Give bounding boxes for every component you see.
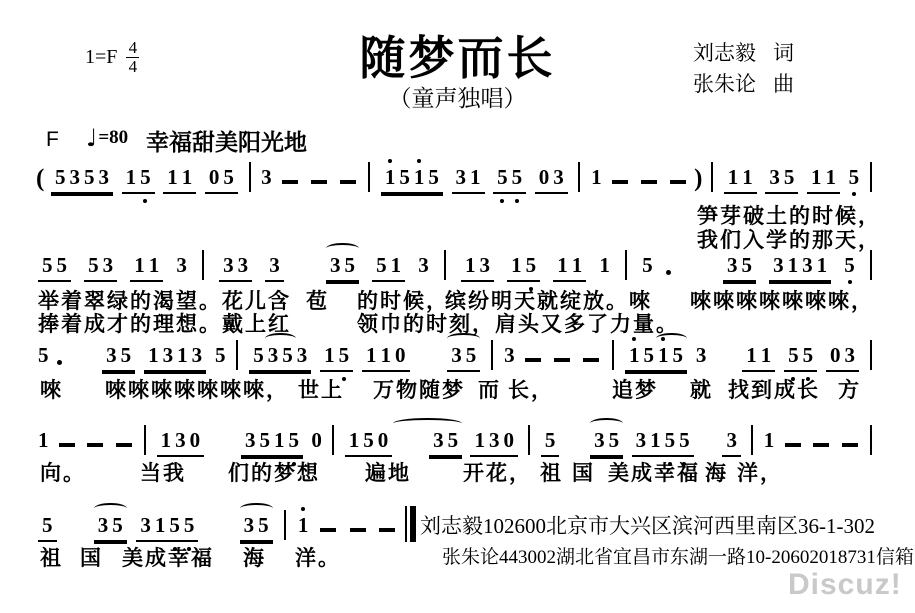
- beam-group: 3: [265, 255, 284, 282]
- jianpu-note: 3: [267, 255, 282, 276]
- note-digit: 1: [391, 253, 402, 277]
- note-digit: 1: [761, 343, 772, 367]
- final-barline-thin: [405, 506, 407, 542]
- jianpu-note: 3: [502, 345, 517, 366]
- note-digit: 1: [465, 253, 476, 277]
- lyric-segment: 祖: [40, 542, 63, 572]
- note-digit: 3: [175, 428, 186, 452]
- note-digit: 5: [57, 253, 68, 277]
- lyric-row: 捧着成才的理想。戴上红领巾的时刻，肩头又多了力量。: [0, 308, 915, 336]
- note-digit: 3: [727, 253, 738, 277]
- note-digit: 1: [148, 343, 159, 367]
- barline: [870, 425, 872, 455]
- barline: [711, 162, 713, 192]
- jianpu-note: 1: [786, 255, 801, 276]
- note-digit: 5: [428, 165, 439, 189]
- beam-group: 130: [157, 430, 205, 457]
- beam-group: 35: [240, 515, 273, 542]
- jianpu-note: 3: [138, 515, 153, 536]
- slur-arc: [240, 503, 273, 514]
- jianpu-note: 5: [221, 167, 236, 188]
- slur-arc: [393, 418, 462, 429]
- beam-group: 5353: [249, 345, 311, 372]
- jianpu-note: 3: [221, 255, 236, 276]
- note-digit: 5: [140, 165, 151, 189]
- note-digit: 3: [238, 253, 249, 277]
- barline: [144, 425, 146, 455]
- jianpu-note: 3: [174, 255, 189, 276]
- lyric-segment: 当我: [140, 457, 186, 487]
- jianpu-note: 5: [607, 430, 622, 451]
- beam-group: 35: [447, 345, 480, 372]
- beam-group: 3515: [241, 430, 303, 457]
- score-line-3: 5351313553531511035315153115503唻唻唻唻唻唻唻唻，…: [36, 336, 876, 372]
- note-digit: 3: [163, 343, 174, 367]
- composer-name: 张朱论: [693, 72, 756, 96]
- jianpu-note: 3: [842, 345, 857, 366]
- note-digit: 3: [261, 165, 272, 189]
- beam-group: 1515: [625, 345, 687, 372]
- note-digit: 3: [98, 165, 109, 189]
- note-digit: 1: [742, 165, 753, 189]
- jianpu-note: 3: [259, 167, 274, 188]
- note-digit: 1: [167, 165, 178, 189]
- note-digit: 5: [784, 165, 795, 189]
- note-digit: 5: [545, 428, 556, 452]
- note-digit: 3: [696, 343, 707, 367]
- phrase-paren: ): [694, 166, 702, 191]
- sheet-music-page: 1=F 4 4 随梦而长 （童声独唱） 刘志毅词 张朱论曲 F ♩ =80 幸福…: [0, 0, 915, 613]
- jianpu-note: 5: [86, 255, 101, 276]
- beam-group: 03: [826, 345, 859, 372]
- beam-group: 130: [470, 430, 518, 457]
- score-line-1: (5353151105315153155031)1135115笋芽破土的时候，我…: [36, 158, 876, 194]
- note-digit: 5: [526, 253, 537, 277]
- jianpu-note: 5: [524, 255, 539, 276]
- lyric-segment: 唻唻唻唻唻唻唻，: [105, 374, 289, 404]
- note-digit: 5: [466, 343, 477, 367]
- jianpu-note: 1: [809, 167, 824, 188]
- jianpu-note: 3: [104, 345, 119, 366]
- note-digit: 1: [414, 165, 425, 189]
- note-digit: 3: [489, 428, 500, 452]
- jianpu-note: 5: [82, 167, 97, 188]
- lyric-row: 向。当我们的梦想遍地开花，祖国美成幸福海洋，: [0, 457, 915, 485]
- jianpu-note: 1: [165, 167, 180, 188]
- jianpu-note: 5: [671, 345, 686, 366]
- jianpu-note: 1: [132, 255, 147, 276]
- jianpu-note: 3: [101, 255, 116, 276]
- score-line-4: 11303515015035130535315531向。当我们的梦想遍地开花，祖…: [36, 421, 876, 457]
- lyric-segment: 找到成长: [728, 374, 820, 404]
- augmentation-dot: [57, 360, 62, 365]
- note-digit: 3: [223, 253, 234, 277]
- jianpu-note: 0: [188, 430, 203, 451]
- note-digit: 5: [215, 343, 226, 367]
- jianpu-note: 1: [364, 345, 379, 366]
- duration-dash: [311, 180, 327, 184]
- jianpu-note: 1: [389, 255, 404, 276]
- beam-group: 05: [205, 167, 238, 194]
- note-digit: 3: [451, 343, 462, 367]
- beam-group: 15: [320, 345, 353, 372]
- jianpu-note: 3: [266, 345, 281, 366]
- beam-group: 33: [219, 255, 252, 282]
- jianpu-note: 5: [374, 255, 389, 276]
- note-digit: 3: [636, 428, 647, 452]
- duration-dash: [525, 358, 541, 362]
- notes-row: 555311333335513131511153531315: [36, 246, 876, 282]
- jianpu-note: 3: [771, 255, 786, 276]
- jianpu-note: 1: [147, 255, 162, 276]
- jianpu-note: 3: [694, 345, 709, 366]
- note-digit: 5: [644, 343, 655, 367]
- beam-group: 15: [507, 255, 540, 282]
- beam-group: 5353: [51, 167, 113, 194]
- jianpu-note: 0: [393, 345, 408, 366]
- note-digit: 3: [103, 253, 114, 277]
- note-digit: 1: [38, 428, 49, 452]
- note-digit: 5: [665, 428, 676, 452]
- jianpu-note: 5: [110, 515, 125, 536]
- slur-arc: [447, 333, 480, 344]
- beam-group: 53: [84, 255, 117, 282]
- jianpu-note: 0: [537, 167, 552, 188]
- jianpu-note: 1: [627, 345, 642, 366]
- jianpu-note: 1: [272, 430, 287, 451]
- lyric-segment: 国: [80, 542, 103, 572]
- jianpu-note: 5: [801, 345, 816, 366]
- jianpu-note: 3: [478, 255, 493, 276]
- note-digit: 1: [126, 165, 137, 189]
- octave-dot-below: [852, 192, 856, 196]
- beam-group: 110: [362, 345, 410, 372]
- jianpu-note: 3: [767, 167, 782, 188]
- barline: [249, 162, 251, 192]
- tempo-value: =80: [98, 127, 128, 149]
- note-digit: 5: [169, 513, 180, 537]
- jianpu-note: 1: [762, 430, 777, 451]
- jianpu-note: 5: [182, 515, 197, 536]
- note-digit: 5: [448, 428, 459, 452]
- note-digit: 3: [244, 513, 255, 537]
- jianpu-note: 5: [663, 430, 678, 451]
- barline: [870, 250, 872, 280]
- note-digit: 5: [258, 513, 269, 537]
- beam-group: 11: [724, 167, 757, 194]
- note-digit: 3: [69, 165, 80, 189]
- duration-dash: [282, 180, 298, 184]
- duration-dash: [350, 528, 366, 532]
- quarter-note-icon: ♩: [86, 124, 97, 152]
- barline: [236, 340, 238, 370]
- beam-group: 35: [94, 515, 127, 542]
- note-digit: 3: [726, 428, 737, 452]
- part-label: F: [46, 128, 59, 152]
- jianpu-note: 5: [280, 345, 295, 366]
- jianpu-note: 1: [726, 167, 741, 188]
- jianpu-note: 5: [543, 430, 558, 451]
- jianpu-note: 1: [589, 167, 604, 188]
- jianpu-note: 1: [175, 345, 190, 366]
- note-digit: 1: [349, 428, 360, 452]
- score-line-5: 5353155351祖国美成幸福海洋。: [36, 506, 416, 542]
- jianpu-note: 5: [842, 255, 857, 276]
- note-digit: 3: [245, 428, 256, 452]
- note-digit: 5: [345, 253, 356, 277]
- octave-dot-above: [388, 159, 392, 163]
- jianpu-note: 1: [347, 430, 362, 451]
- note-digit: 5: [55, 165, 66, 189]
- octave-dot-above: [301, 507, 305, 511]
- note-digit: 1: [629, 343, 640, 367]
- octave-dot-above: [417, 159, 421, 163]
- note-digit: 5: [512, 165, 523, 189]
- barline: [444, 250, 446, 280]
- note-digit: 5: [363, 428, 374, 452]
- note-digit: 3: [98, 513, 109, 537]
- barline: [284, 510, 286, 540]
- jianpu-note: 5: [256, 515, 271, 536]
- jianpu-note: 3: [634, 430, 649, 451]
- note-digit: 3: [433, 428, 444, 452]
- lyric-segment: 万物随梦: [373, 374, 465, 404]
- barline: [751, 425, 753, 455]
- jianpu-note: 3: [592, 430, 607, 451]
- note-digit: 5: [84, 165, 95, 189]
- jianpu-note: 1: [815, 255, 830, 276]
- beam-group: 03: [535, 167, 568, 194]
- notes-row: 11303515015035130535315531: [36, 421, 876, 457]
- duration-dash: [641, 180, 657, 184]
- notes-row: 5353155351: [36, 506, 416, 542]
- jianpu-note: 1: [383, 167, 398, 188]
- lyric-segment: 洋。: [295, 542, 341, 572]
- jianpu-note: 5: [847, 167, 862, 188]
- beam-group: 3: [722, 430, 741, 457]
- note-digit: 1: [511, 253, 522, 277]
- note-digit: 5: [121, 343, 132, 367]
- note-digit: 0: [209, 165, 220, 189]
- barline: [578, 162, 580, 192]
- phrase-paren: (: [36, 166, 44, 191]
- beam-group: 55: [38, 255, 71, 282]
- slur-arc: [656, 333, 687, 344]
- beam-group: 1515: [381, 167, 443, 194]
- final-barline: [405, 506, 416, 542]
- jianpu-note: 3: [328, 255, 343, 276]
- beam-group: 31: [452, 167, 485, 194]
- note-digit: 1: [182, 165, 193, 189]
- duration-dash: [813, 443, 829, 447]
- jianpu-note: 5: [740, 255, 755, 276]
- lyric-segment: 海: [243, 542, 266, 572]
- note-digit: 3: [176, 253, 187, 277]
- lyric-segment: 海: [705, 457, 728, 487]
- note-digit: 5: [844, 253, 855, 277]
- jianpu-note: 3: [725, 255, 740, 276]
- barline: [491, 340, 493, 370]
- duration-dash: [842, 443, 858, 447]
- duration-dash: [554, 358, 570, 362]
- lyric-segment: 遍地: [365, 457, 411, 487]
- octave-dot-above: [632, 337, 636, 341]
- jianpu-note: 5: [640, 255, 655, 276]
- jianpu-note: 1: [159, 430, 174, 451]
- duration-dash: [340, 180, 356, 184]
- jianpu-note: 1: [744, 345, 759, 366]
- note-digit: 5: [399, 165, 410, 189]
- note-digit: 1: [161, 428, 172, 452]
- jianpu-note: 3: [416, 255, 431, 276]
- beam-group: 15: [122, 167, 155, 194]
- note-digit: 5: [742, 253, 753, 277]
- jianpu-note: 1: [597, 255, 612, 276]
- note-digit: 3: [140, 513, 151, 537]
- note-digit: 1: [366, 343, 377, 367]
- jianpu-note: 1: [824, 167, 839, 188]
- beam-group: 51: [372, 255, 405, 282]
- jianpu-note: 5: [36, 345, 51, 366]
- jianpu-note: 0: [501, 430, 516, 451]
- octave-dot-below: [848, 280, 852, 284]
- note-digit: 5: [642, 253, 653, 277]
- note-digit: 1: [817, 253, 828, 277]
- jianpu-note: 5: [53, 167, 68, 188]
- note-digit: 1: [728, 165, 739, 189]
- beam-group: 3155: [632, 430, 694, 457]
- note-digit: 3: [192, 343, 203, 367]
- note-digit: 5: [42, 513, 53, 537]
- duration-dash: [583, 358, 599, 362]
- note-digit: 5: [184, 513, 195, 537]
- jianpu-note: 1: [180, 167, 195, 188]
- jianpu-note: 5: [782, 167, 797, 188]
- discuz-watermark: Discuz!: [788, 568, 902, 602]
- beam-group: 35: [590, 430, 623, 457]
- note-digit: 1: [149, 253, 160, 277]
- jianpu-note: 3: [161, 345, 176, 366]
- jianpu-note: 1: [153, 515, 168, 536]
- beam-group: 11: [163, 167, 196, 194]
- jianpu-note: 3: [449, 345, 464, 366]
- jianpu-note: 3: [431, 430, 446, 451]
- barline: [612, 340, 614, 370]
- note-digit: 0: [190, 428, 201, 452]
- note-digit: 0: [830, 343, 841, 367]
- note-digit: 0: [539, 165, 550, 189]
- lyric-segment: 唻: [40, 374, 63, 404]
- composer-role: 曲: [773, 72, 794, 96]
- jianpu-note: 3: [243, 430, 258, 451]
- jianpu-note: 5: [446, 430, 461, 451]
- lyric-segment: 长，: [508, 374, 554, 404]
- note-digit: 1: [474, 428, 485, 452]
- tempo-marking: ♩ =80: [86, 124, 128, 152]
- notes-row: 5351313553531511035315153115503: [36, 336, 876, 372]
- jianpu-note: 3: [724, 430, 739, 451]
- duration-dash: [59, 443, 75, 447]
- duration-dash: [320, 528, 336, 532]
- note-digit: 3: [504, 343, 515, 367]
- beam-group: 35: [326, 255, 359, 282]
- note-digit: 1: [177, 343, 188, 367]
- note-digit: 3: [106, 343, 117, 367]
- note-digit: 5: [253, 343, 264, 367]
- jianpu-note: 5: [213, 345, 228, 366]
- beam-group: 35: [723, 255, 756, 282]
- lyricist-name: 刘志毅: [693, 41, 756, 65]
- beam-group: 55: [493, 167, 526, 194]
- jianpu-note: 5: [40, 515, 55, 536]
- note-digit: 5: [609, 428, 620, 452]
- jianpu-note: 3: [67, 167, 82, 188]
- jianpu-note: 1: [555, 255, 570, 276]
- duration-dash: [670, 180, 686, 184]
- jianpu-note: 1: [379, 345, 394, 366]
- note-digit: 3: [802, 253, 813, 277]
- jianpu-note: 1: [509, 255, 524, 276]
- jianpu-note: 1: [463, 255, 478, 276]
- notes-row: (5353151105315153155031)1135115: [36, 158, 876, 194]
- jianpu-note: 1: [468, 167, 483, 188]
- note-digit: 5: [788, 343, 799, 367]
- note-digit: 5: [376, 253, 387, 277]
- jianpu-note: 3: [242, 515, 257, 536]
- note-digit: 3: [330, 253, 341, 277]
- note-digit: 5: [673, 343, 684, 367]
- beam-group: 55: [784, 345, 817, 372]
- beam-group: 11: [742, 345, 775, 372]
- note-digit: 3: [268, 343, 279, 367]
- barline: [870, 340, 872, 370]
- beam-group: 11: [130, 255, 163, 282]
- jianpu-note: 3: [96, 515, 111, 536]
- lyricist-credit: 刘志毅词: [693, 38, 794, 69]
- beam-group: 35: [765, 167, 798, 194]
- jianpu-note: 3: [173, 430, 188, 451]
- jianpu-note: 5: [464, 345, 479, 366]
- jianpu-note: 1: [412, 167, 427, 188]
- note-digit: 5: [849, 165, 860, 189]
- augmentation-dot: [666, 270, 671, 275]
- score-line-2: 555311333335513131511153531315举着翠绿的渴望。花儿…: [36, 246, 876, 282]
- note-digit: 3: [456, 165, 467, 189]
- note-digit: 1: [572, 253, 583, 277]
- beam-group: 13: [461, 255, 494, 282]
- jianpu-note: 5: [40, 255, 55, 276]
- note-digit: 3: [769, 165, 780, 189]
- slur-arc: [94, 503, 127, 514]
- duration-dash: [87, 443, 103, 447]
- jianpu-note: 3: [800, 255, 815, 276]
- beam-group: 35: [429, 430, 462, 457]
- note-digit: 1: [470, 165, 481, 189]
- jianpu-note: 3: [295, 345, 310, 366]
- lyric-segment: 追梦: [612, 374, 658, 404]
- slur-arc: [590, 418, 623, 429]
- address-line-2: 张朱论443002湖北省宜昌市东湖一路10-20602018731信箱: [442, 542, 914, 569]
- note-digit: 5: [339, 343, 350, 367]
- jianpu-note: 5: [138, 167, 153, 188]
- jianpu-note: 3: [190, 345, 205, 366]
- note-digit: 3: [269, 253, 280, 277]
- note-digit: 1: [650, 428, 661, 452]
- jianpu-note: 5: [397, 167, 412, 188]
- lyric-segment: 美成幸福: [122, 542, 214, 572]
- note-digit: 1: [599, 253, 610, 277]
- barline: [332, 425, 334, 455]
